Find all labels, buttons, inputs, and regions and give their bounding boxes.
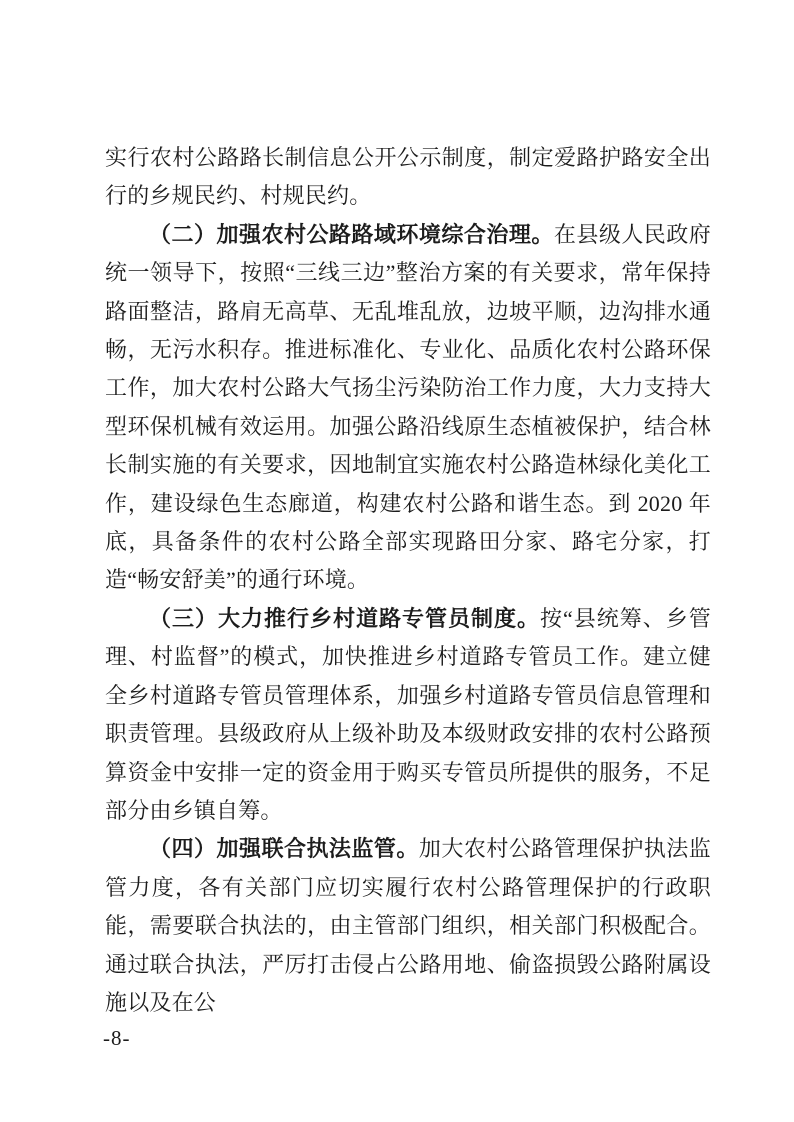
paragraph-text: 按“县统筹、乡管理、村监督”的模式，加快推进乡村道路专管员工作。建立健全乡村道路…: [105, 606, 711, 823]
document-body: 实行农村公路路长制信息公开公示制度，制定爱路护路安全出行的乡规民约、村规民约。 …: [105, 139, 711, 1022]
page-number: -8-: [103, 1026, 131, 1050]
paragraph-text: 加大农村公路管理保护执法监管力度，各有关部门应切实履行农村公路管理保护的行政职能…: [105, 836, 711, 1015]
paragraph-text: 在县级人民政府统一领导下，按照“三线三边”整治方案的有关要求，常年保持路面整洁，…: [105, 222, 711, 593]
paragraph: （二）加强农村公路路域环境综合治理。在县级人民政府统一领导下，按照“三线三边”整…: [105, 216, 711, 600]
document-page: 实行农村公路路长制信息公开公示制度，制定爱路护路安全出行的乡规民约、村规民约。 …: [0, 0, 794, 1122]
paragraph: （四）加强联合执法监管。加大农村公路管理保护执法监管力度，各有关部门应切实履行农…: [105, 830, 711, 1022]
paragraph-text: 实行农村公路路长制信息公开公示制度，制定爱路护路安全出行的乡规民约、村规民约。: [105, 145, 711, 208]
paragraph-heading: （二）加强农村公路路域环境综合治理。: [149, 222, 554, 247]
paragraph-heading: （四）加强联合执法监管。: [149, 836, 419, 861]
paragraph-heading: （三）大力推行乡村道路专管员制度。: [149, 606, 540, 631]
paragraph: （三）大力推行乡村道路专管员制度。按“县统筹、乡管理、村监督”的模式，加快推进乡…: [105, 600, 711, 830]
paragraph: 实行农村公路路长制信息公开公示制度，制定爱路护路安全出行的乡规民约、村规民约。: [105, 139, 711, 216]
